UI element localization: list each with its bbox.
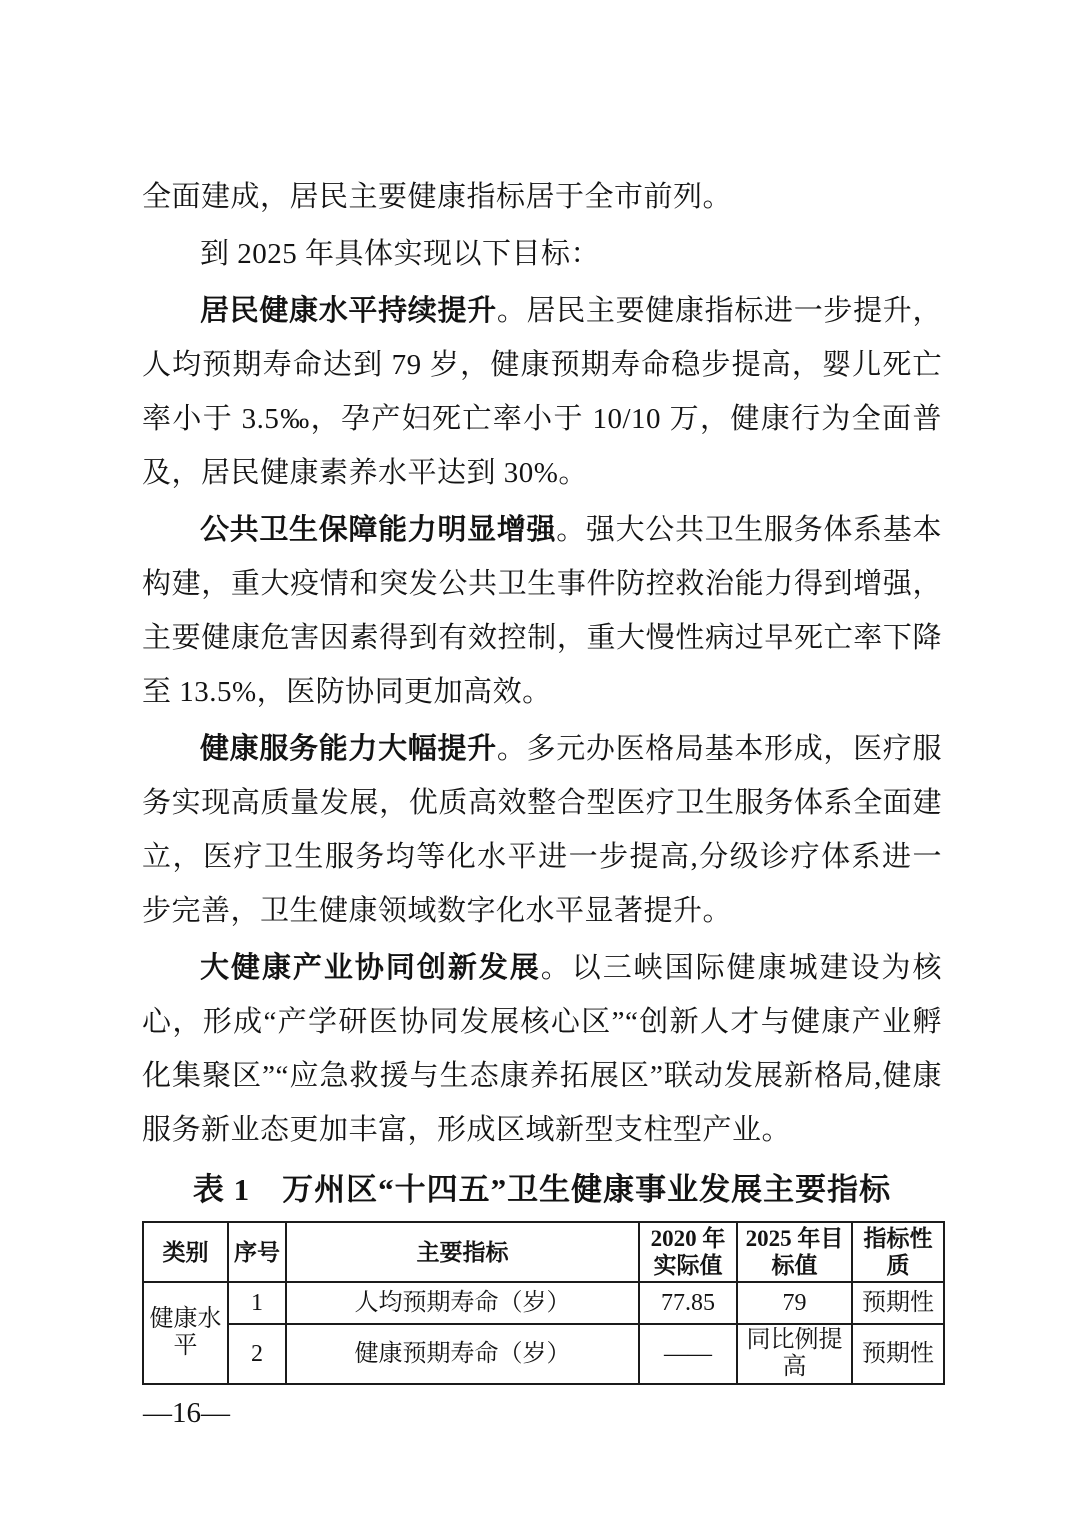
cell-2020-actual: 77.85 (639, 1282, 737, 1324)
header-2025-target: 2025 年目标值 (737, 1222, 852, 1282)
paragraph-health-industry: 大健康产业协同创新发展。以三峡国际健康城建设为核心，形成“产学研医协同发展核心区… (142, 941, 942, 1157)
paragraph-lead: 居民健康水平持续提升 (200, 295, 497, 327)
paragraph-public-health: 公共卫生保障能力明显增强。强大公共卫生服务体系基本构建，重大疫情和突发公共卫生事… (142, 503, 942, 719)
paragraph-lead: 大健康产业协同创新发展 (200, 952, 541, 984)
header-2020-actual: 2020 年实际值 (639, 1222, 737, 1282)
header-nature: 指标性质 (852, 1222, 944, 1282)
paragraph-resident-health: 居民健康水平持续提升。居民主要健康指标进一步提升，人均预期寿命达到 79 岁，健… (142, 284, 942, 500)
cell-nature: 预期性 (852, 1282, 944, 1324)
header-category: 类别 (143, 1222, 228, 1282)
cell-number: 2 (228, 1324, 286, 1384)
cell-indicator: 健康预期寿命（岁） (286, 1324, 639, 1384)
cell-2025-target: 同比例提高 (737, 1324, 852, 1384)
indicators-table: 类别 序号 主要指标 2020 年实际值 2025 年目标值 指标性质 健康水平… (142, 1221, 945, 1385)
header-number: 序号 (228, 1222, 286, 1282)
page-number: —16— (143, 1396, 230, 1430)
paragraph-lead: 健康服务能力大幅提升 (200, 733, 497, 765)
cell-category: 健康水平 (143, 1282, 228, 1384)
cell-number: 1 (228, 1282, 286, 1324)
paragraph-health-service: 健康服务能力大幅提升。多元办医格局基本形成，医疗服务实现高质量发展，优质高效整合… (142, 722, 942, 938)
cell-2025-target: 79 (737, 1282, 852, 1324)
table-title: 表 1 万州区“十四五”卫生健康事业发展主要指标 (142, 1169, 942, 1211)
paragraph-continuation: 全面建成，居民主要健康指标居于全市前列。 (142, 170, 942, 224)
table-row: 健康水平 1 人均预期寿命（岁） 77.85 79 预期性 (143, 1282, 944, 1324)
table-row: 2 健康预期寿命（岁） —— 同比例提高 预期性 (143, 1324, 944, 1384)
cell-indicator: 人均预期寿命（岁） (286, 1282, 639, 1324)
cell-2020-actual: —— (639, 1324, 737, 1384)
paragraph-goal-intro: 到 2025 年具体实现以下目标： (142, 227, 942, 281)
table-header-row: 类别 序号 主要指标 2020 年实际值 2025 年目标值 指标性质 (143, 1222, 944, 1282)
paragraph-lead: 公共卫生保障能力明显增强 (200, 514, 556, 546)
document-body: 全面建成，居民主要健康指标居于全市前列。 到 2025 年具体实现以下目标： 居… (142, 170, 942, 1385)
cell-nature: 预期性 (852, 1324, 944, 1384)
header-indicator: 主要指标 (286, 1222, 639, 1282)
